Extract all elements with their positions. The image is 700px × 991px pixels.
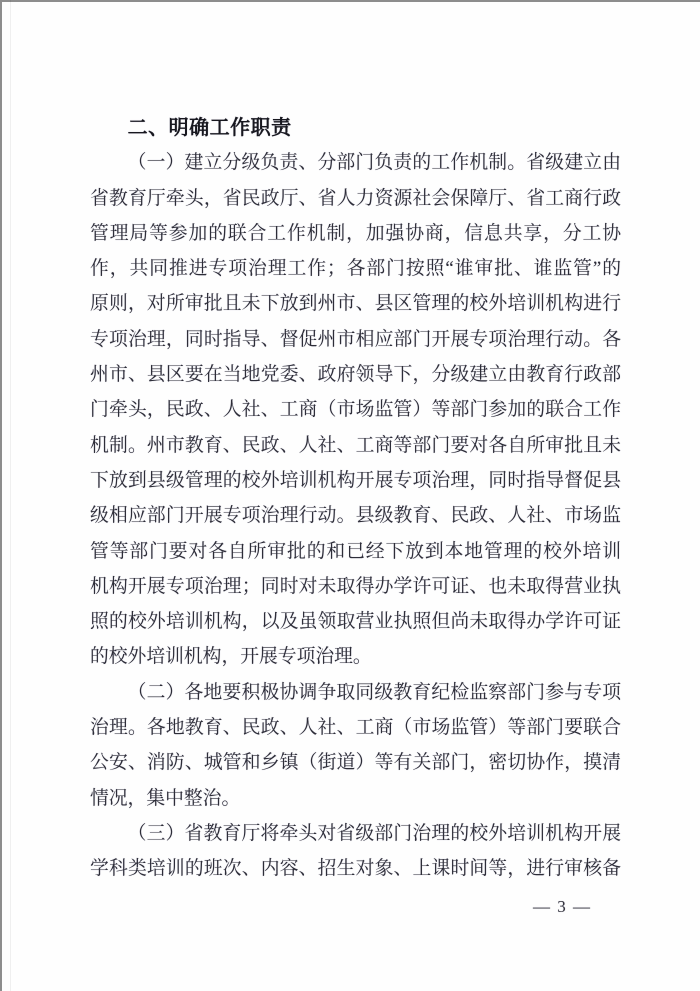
text-line: 作，共同推进专项治理工作；各部门按照“谁审批、谁监管”的 <box>90 251 621 286</box>
text-line: 治理。各地教育、民政、人社、工商（市场监管）等部门要联合 <box>90 710 621 745</box>
text-line: 公安、消防、城管和乡镇（街道）等有关部门，密切协作，摸清 <box>90 745 621 780</box>
scan-edge-left <box>0 0 2 991</box>
text-line: 情况，集中整治。 <box>90 781 621 816</box>
section-heading: 二、明确工作职责 <box>90 110 621 145</box>
text-line: 省教育厅牵头，省民政厅、省人力资源社会保障厅、省工商行政 <box>90 181 621 216</box>
text-line: （二）各地要积极协调争取同级教育纪检监察部门参与专项 <box>90 675 621 710</box>
page-number: — 3 — <box>533 897 592 917</box>
text-line: 的校外培训机构，开展专项治理。 <box>90 639 621 674</box>
scan-edge-top <box>0 0 700 2</box>
text-line: 级相应部门开展专项治理行动。县级教育、民政、人社、市场监 <box>90 498 621 533</box>
text-line: 专项治理，同时指导、督促州市相应部门开展专项治理行动。各 <box>90 322 621 357</box>
text-line: 机构开展专项治理；同时对未取得办学许可证、也未取得营业执 <box>90 569 621 604</box>
text-line: 照的校外培训机构，以及虽领取营业执照但尚未取得办学许可证 <box>90 604 621 639</box>
scan-edge-left-faint <box>10 0 11 991</box>
text-line: 管理局等参加的联合工作机制，加强协商，信息共享，分工协 <box>90 216 621 251</box>
document-page: 二、明确工作职责 （一）建立分级负责、分部门负责的工作机制。省级建立由 省教育厅… <box>0 0 700 991</box>
text-line: （三）省教育厅将牵头对省级部门治理的校外培训机构开展 <box>90 816 621 851</box>
text-line: 机制。州市教育、民政、人社、工商等部门要对各自所审批且未 <box>90 428 621 463</box>
text-line: 管等部门要对各自所审批的和已经下放到本地管理的校外培训 <box>90 534 621 569</box>
text-line: 州市、县区要在当地党委、政府领导下，分级建立由教育行政部 <box>90 357 621 392</box>
text-line: 学科类培训的班次、内容、招生对象、上课时间等，进行审核备 <box>90 851 621 886</box>
body-text: 二、明确工作职责 （一）建立分级负责、分部门负责的工作机制。省级建立由 省教育厅… <box>90 110 621 887</box>
text-line: 门牵头，民政、人社、工商（市场监管）等部门参加的联合工作 <box>90 392 621 427</box>
text-line: （一）建立分级负责、分部门负责的工作机制。省级建立由 <box>90 145 621 180</box>
text-line: 下放到县级管理的校外培训机构开展专项治理，同时指导督促县 <box>90 463 621 498</box>
text-line: 原则，对所审批且未下放到州市、县区管理的校外培训机构进行 <box>90 286 621 321</box>
